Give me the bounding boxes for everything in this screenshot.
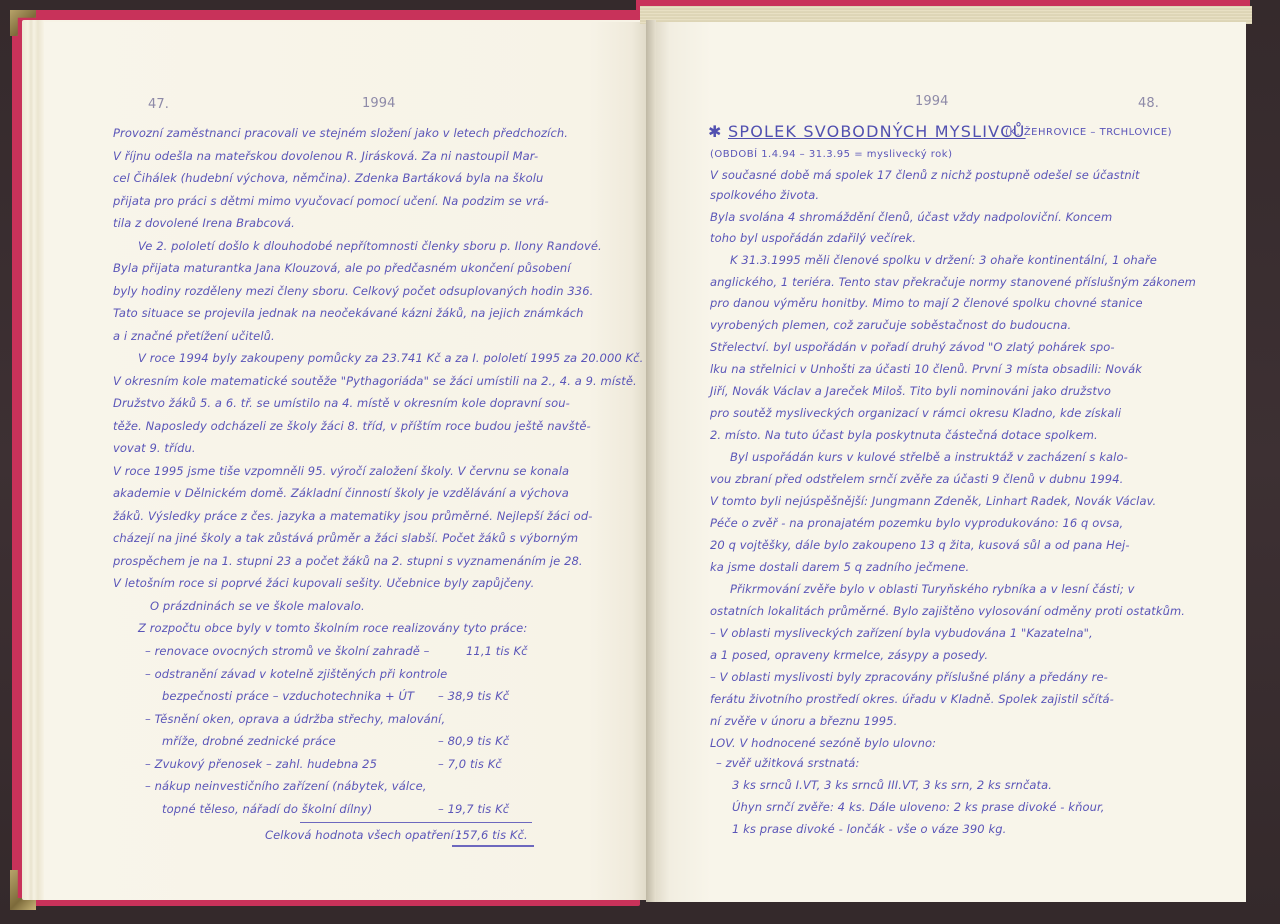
- expense-item: – odstranění závad v kotelně zjištěných …: [145, 669, 447, 681]
- text-line: 20 q vojtěšky, dále bylo zakoupeno 13 q …: [710, 540, 1130, 552]
- text-line: Jiří, Novák Václav a Jareček Miloš. Tito…: [710, 386, 1111, 398]
- text-line: V okresním kole matematické soutěže "Pyt…: [113, 376, 637, 388]
- text-line: – V oblasti myslivosti byly zpracovány p…: [710, 672, 1108, 684]
- text-line: pro soutěž mysliveckých organizací v rám…: [710, 408, 1121, 420]
- total-underline: [452, 845, 534, 847]
- text-line: toho byl uspořádán zdařilý večírek.: [710, 233, 916, 245]
- text-line: prospěchem je na 1. stupni 23 a počet žá…: [113, 556, 583, 568]
- text-line: V současné době má spolek 17 členů z nic…: [710, 170, 1140, 182]
- text-line: žáků. Výsledky práce z čes. jazyka a mat…: [113, 511, 592, 523]
- text-line: tila z dovolené Irena Brabcová.: [113, 218, 295, 230]
- text-line: vyrobených plemen, což zaručuje soběstač…: [710, 320, 1071, 332]
- text-line: V roce 1995 jsme tiše vzpomněli 95. výro…: [113, 466, 569, 478]
- text-line: spolkového života.: [710, 190, 819, 202]
- text-line: a 1 posed, opraveny krmelce, zásypy a po…: [710, 650, 988, 662]
- text-line: vovat 9. třídu.: [113, 443, 196, 455]
- text-line: ferátu životního prostředí okres. úřadu …: [710, 694, 1114, 706]
- text-line: Střelectví. byl uspořádán v pořadí druhý…: [710, 342, 1115, 354]
- text-line: ní zvěře v únoru a březnu 1995.: [710, 716, 897, 728]
- sum-line: [300, 822, 532, 823]
- text-line: Ve 2. pololetí došlo k dlouhodobé nepřít…: [138, 241, 602, 253]
- expense-item: bezpečnosti práce – vzduchotechnika + ÚT: [162, 691, 414, 703]
- text-line: Péče o zvěř - na pronajatém pozemku bylo…: [710, 518, 1123, 530]
- text-line: – V oblasti mysliveckých zařízení byla v…: [710, 628, 1093, 640]
- text-line: 3 ks srnců I.VT, 3 ks srnců III.VT, 3 ks…: [732, 780, 1052, 792]
- text-line: akademie v Dělnickém domě. Základní činn…: [113, 488, 569, 500]
- expense-item: – Těsnění oken, oprava a údržba střechy,…: [145, 714, 445, 726]
- text-line: ostatních lokalitách průměrné. Bylo zaji…: [710, 606, 1185, 618]
- expense-item: – Zvukový přenosek – zahl. hudebna 25: [145, 759, 377, 771]
- section-heading: SPOLEK SVOBODNÝCH MYSLIVCŮ: [728, 124, 1026, 140]
- heading-star-icon: ✱: [708, 124, 723, 140]
- text-line: pro danou výměru honitby. Mimo to mají 2…: [710, 298, 1143, 310]
- text-line: Byl uspořádán kurs v kulové střelbě a in…: [730, 452, 1128, 464]
- text-line: LOV. V hodnocené sezóně bylo ulovno:: [710, 738, 936, 750]
- text-line: lku na střelnici v Unhošti za účasti 10 …: [710, 364, 1142, 376]
- year-right: 1994: [915, 95, 948, 108]
- text-line: byly hodiny rozděleny mezi členy sboru. …: [113, 286, 593, 298]
- text-line: Provozní zaměstnanci pracovali ve stejné…: [113, 128, 568, 140]
- text-line: V tomto byli nejúspěšnější: Jungmann Zde…: [710, 496, 1156, 508]
- text-line: anglického, 1 teriéra. Tento stav překra…: [710, 277, 1196, 289]
- text-line: Z rozpočtu obce byly v tomto školním roc…: [138, 623, 527, 635]
- text-line: 2. místo. Na tuto účast byla poskytnuta …: [710, 430, 1098, 442]
- text-line: přijata pro práci s dětmi mimo vyučovací…: [113, 196, 549, 208]
- expense-amount: – 80,9 tis Kč: [438, 736, 509, 748]
- expense-item: – renovace ovocných stromů ve školní zah…: [145, 646, 430, 658]
- text-line: 1 ks prase divoké - lončák - vše o váze …: [732, 824, 1006, 836]
- text-line: O prázdninách se ve škole malovalo.: [150, 601, 365, 613]
- text-line: a i značné přetížení učitelů.: [113, 331, 275, 343]
- total-label: Celková hodnota všech opatření :: [265, 830, 462, 842]
- text-line: Úhyn srnčí zvěře: 4 ks. Dále uloveno: 2 …: [732, 802, 1105, 814]
- text-line: Družstvo žáků 5. a 6. tř. se umístilo na…: [113, 398, 570, 410]
- text-line: V říjnu odešla na mateřskou dovolenou R.…: [113, 151, 538, 163]
- expense-amount: – 19,7 tis Kč: [438, 804, 509, 816]
- page-number-left: 47.: [148, 98, 169, 111]
- text-line: – zvěř užitková srstnatá:: [716, 758, 859, 770]
- text-line: ka jsme dostali darem 5 q zadního ječmen…: [710, 562, 969, 574]
- text-line: těže. Naposledy odcházeli ze školy žáci …: [113, 421, 591, 433]
- text-line: Přikrmování zvěře bylo v oblasti Turyňsk…: [730, 584, 1135, 596]
- text-line: V letošním roce si poprvé žáci kupovali …: [113, 578, 534, 590]
- expense-item: – nákup neinvestičního zařízení (nábytek…: [145, 781, 427, 793]
- expense-amount: – 38,9 tis Kč: [438, 691, 509, 703]
- expense-amount: 11,1 tis Kč: [466, 646, 528, 658]
- book-gutter: [646, 20, 656, 902]
- text-line: V roce 1994 byly zakoupeny pomůcky za 23…: [138, 353, 643, 365]
- text-line: cházejí na jiné školy a tak zůstává prům…: [113, 533, 578, 545]
- section-location: (K. ŽEHROVICE – TRCHLOVICE): [1005, 128, 1172, 138]
- text-line: Byla svolána 4 shromáždění členů, účast …: [710, 212, 1112, 224]
- text-line: vou zbraní před odstřelem srnčí zvěře za…: [710, 474, 1123, 486]
- text-line: cel Čihálek (hudební výchova, němčina). …: [113, 173, 543, 185]
- text-line: K 31.3.1995 měli členové spolku v držení…: [730, 255, 1157, 267]
- year-left: 1994: [362, 97, 395, 110]
- total-value: 157,6 tis Kč.: [455, 830, 528, 842]
- expense-amount: – 7,0 tis Kč: [438, 759, 502, 771]
- text-line: Tato situace se projevila jednak na neoč…: [113, 308, 584, 320]
- period-note: (OBDOBÍ 1.4.94 – 31.3.95 = myslivecký ro…: [710, 150, 953, 160]
- page-number-right: 48.: [1138, 97, 1159, 110]
- expense-item: topné těleso, nářadí do školní dílny): [162, 804, 372, 816]
- text-line: Byla přijata maturantka Jana Klouzová, a…: [113, 263, 571, 275]
- expense-item: mříže, drobné zednické práce: [162, 736, 336, 748]
